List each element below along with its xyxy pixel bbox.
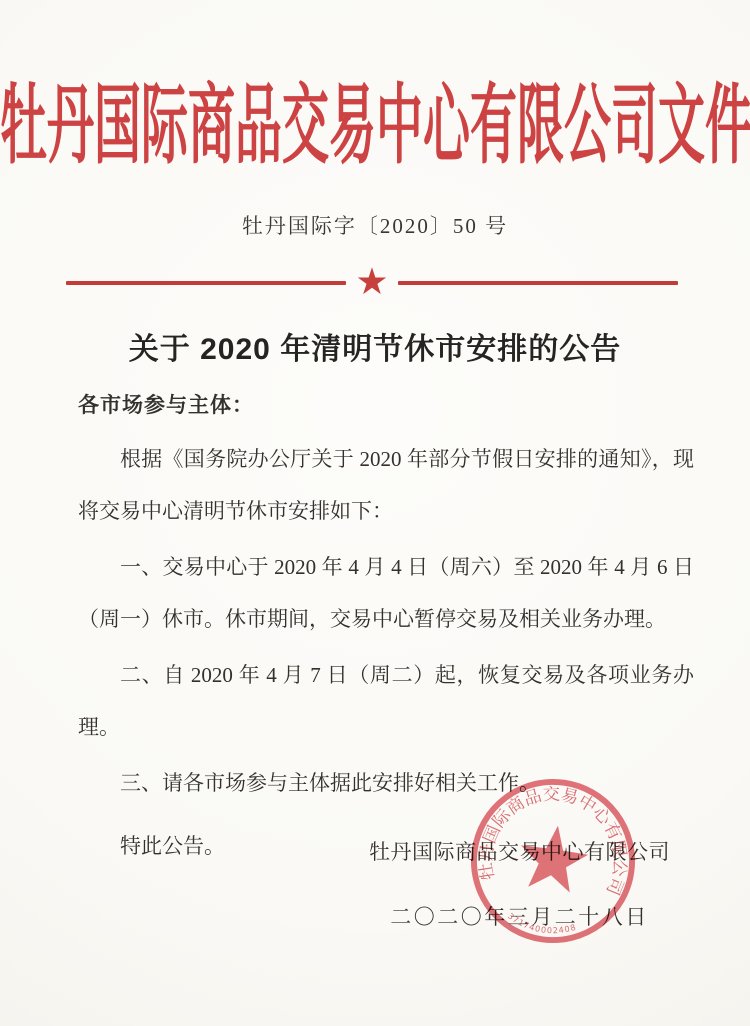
document-body: 各市场参与主体： 根据《国务院办公厅关于 2020 年部分节假日安排的通知》，现… (78, 379, 694, 876)
letterhead-title: 牡丹国际商品交易中心有限公司文件 (0, 57, 750, 181)
paragraph-item-3: 三、请各市场参与主体据此安排好相关工作。 (78, 757, 694, 809)
red-divider: ★ (66, 263, 678, 303)
divider-line-right (398, 281, 678, 285)
document-page: 牡丹国际商品交易中心有限公司文件 牡丹国际字〔2020〕50 号 ★ 关于 20… (0, 0, 750, 1026)
signature-company: 牡丹国际商品交易中心有限公司 (369, 838, 670, 866)
star-icon: ★ (355, 263, 388, 300)
paragraph-item-1: 一、交易中心于 2020 年 4 月 4 日（周六）至 2020 年 4 月 6… (78, 541, 694, 645)
document-number: 牡丹国际字〔2020〕50 号 (0, 210, 750, 240)
announcement-title: 关于 2020 年清明节休市安排的公告 (0, 324, 750, 368)
divider-line-left (66, 281, 346, 285)
signature-date: 二〇二〇年三月二十八日 (369, 903, 670, 931)
paragraph-item-2: 二、自 2020 年 4 月 7 日（周二）起，恢复交易及各项业务办理。 (78, 649, 694, 753)
signature-block: 牡丹国际商品交易中心有限公司 二〇二〇年三月二十八日 (369, 838, 670, 931)
letterhead: 牡丹国际商品交易中心有限公司文件 (0, 86, 750, 153)
salutation: 各市场参与主体： (78, 379, 694, 431)
paragraph-basis: 根据《国务院办公厅关于 2020 年部分节假日安排的通知》，现将交易中心清明节休… (78, 433, 694, 537)
